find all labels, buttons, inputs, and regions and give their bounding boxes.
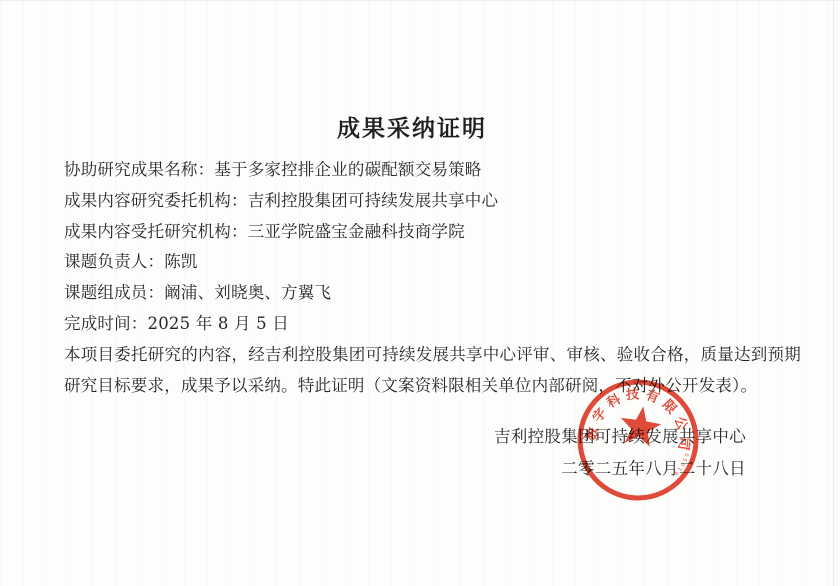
document-body: 协助研究成果名称：基于多家控排企业的碳配额交易策略 成果内容研究委托机构：吉利控… — [64, 155, 801, 401]
field-project-members: 课题组成员：阚浦、刘晓奥、方翼飞 — [64, 278, 801, 309]
field-achievement-name: 协助研究成果名称：基于多家控排企业的碳配额交易策略 — [64, 155, 801, 186]
document-title: 成果采纳证明 — [0, 115, 824, 143]
scan-edge-top — [0, 0, 840, 1]
field-completion-date: 完成时间：2025 年 8 月 5 日 — [64, 309, 801, 340]
scan-edge-right — [833, 0, 834, 586]
field-commissioning-org: 成果内容研究委托机构：吉利控股集团可持续发展共享中心 — [64, 186, 801, 217]
signature-block: 吉利控股集团可持续发展共享中心 二零二五年八月二十八日 — [494, 421, 746, 484]
signature-org: 吉利控股集团可持续发展共享中心 — [494, 421, 746, 453]
field-entrusted-org: 成果内容受托研究机构：三亚学院盛宝金融科技商学院 — [64, 217, 801, 248]
signature-date: 二零二五年八月二十八日 — [494, 453, 746, 485]
field-project-leader: 课题负责人：陈凯 — [64, 247, 801, 278]
body-paragraph: 本项目委托研究的内容，经吉利控股集团可持续发展共享中心评审、审核、验收合格，质量… — [64, 340, 801, 402]
